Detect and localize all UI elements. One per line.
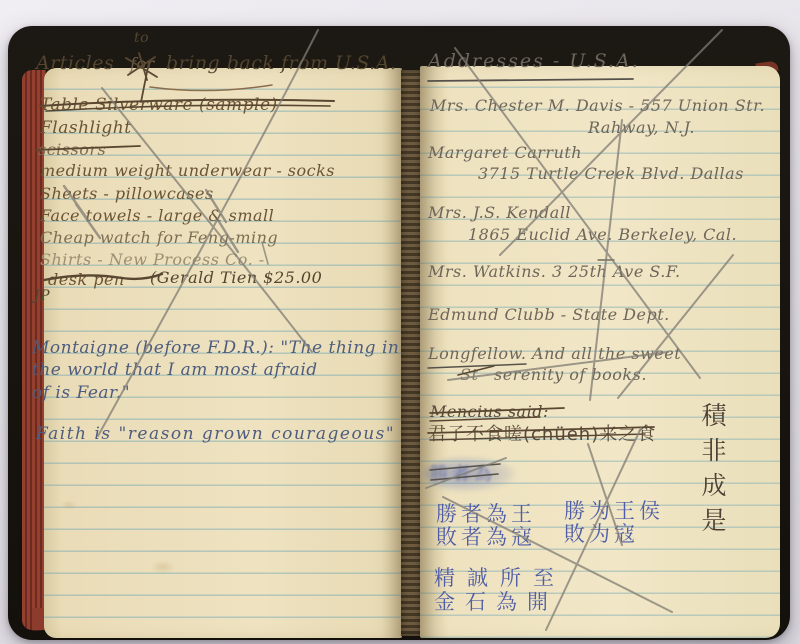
longfellow-struck-st: St	[460, 365, 478, 384]
vertical-phrase: 積非成是	[694, 402, 730, 542]
faith-quote: Faith is "reason grown courageous"	[36, 424, 395, 444]
montaigne-quote-line3: of is Fear."	[32, 383, 130, 403]
address-carruth-line2: 3715 Turtle Creek Blvd. Dallas	[478, 164, 744, 183]
left-heading-inserted-word: to	[134, 30, 149, 46]
couplet-col1-line2: 敗者為寇	[436, 521, 536, 551]
longfellow-line1: Longfellow. And all the sweet	[428, 344, 681, 363]
montaigne-quote-line1: Montaigne (before F.D.R.): "The thing in	[32, 338, 399, 358]
address-davis-line2: Rahway, N.J.	[588, 118, 695, 137]
address-carruth-line1: Margaret Carruth	[428, 143, 582, 162]
couplet-col2-line2: 敗为寇	[564, 518, 639, 548]
list-item-shirts: Shirts - New Process Co. -	[40, 250, 265, 269]
idiom-line2: 金石為開	[434, 586, 558, 616]
list-item-sheets: Sheets - pillowcases	[40, 184, 214, 203]
longfellow-line2: serenity of books.	[494, 365, 647, 384]
list-item-jp: JP	[34, 288, 50, 304]
notebook-photo: Articles for to bring back from U.S.A. T…	[0, 0, 800, 644]
mencius-intro-struck: Mencius said:	[430, 402, 549, 421]
left-heading-pre: Articles	[36, 52, 114, 74]
left-heading-struck-word: for	[130, 54, 155, 73]
list-item-underwear: medium weight underwear - socks	[40, 161, 335, 180]
list-item-desk-pen: desk pen	[48, 270, 125, 289]
right-heading: Addresses - U.S.A.	[428, 50, 640, 72]
montaigne-quote-line2: the world that I am most afraid	[32, 360, 318, 380]
address-kendall-line1: Mrs. J.S. Kendall	[428, 203, 571, 222]
list-item-flashlight: Flashlight	[40, 118, 132, 138]
address-kendall-line2: 1865 Euclid Ave. Berkeley, Cal.	[468, 225, 737, 244]
abandoned-blue-characters: 勝者為	[430, 460, 496, 486]
list-item-watch: Cheap watch for Feng-ming	[40, 228, 278, 247]
address-watkins-line1: Mrs. Watkins. 3 25th Ave S.F.	[428, 262, 681, 281]
left-heading-post: bring back from U.S.A.	[166, 52, 397, 74]
list-item-towels: Face towels - large & small	[40, 206, 274, 225]
mencius-chinese-struck: 君子不食嗟(chüeh)来之食	[428, 420, 656, 446]
gerald-tien-note: (Gerald Tien $25.00	[150, 268, 322, 287]
list-item-scissors: scissors	[38, 140, 106, 159]
spine-stitching	[401, 70, 421, 636]
list-item-silverware: Table Silverware (sample)	[40, 95, 278, 115]
address-clubb-line1: Edmund Clubb - State Dept.	[428, 305, 670, 324]
address-davis-line1: Mrs. Chester M. Davis - 557 Union Str.	[430, 96, 765, 115]
